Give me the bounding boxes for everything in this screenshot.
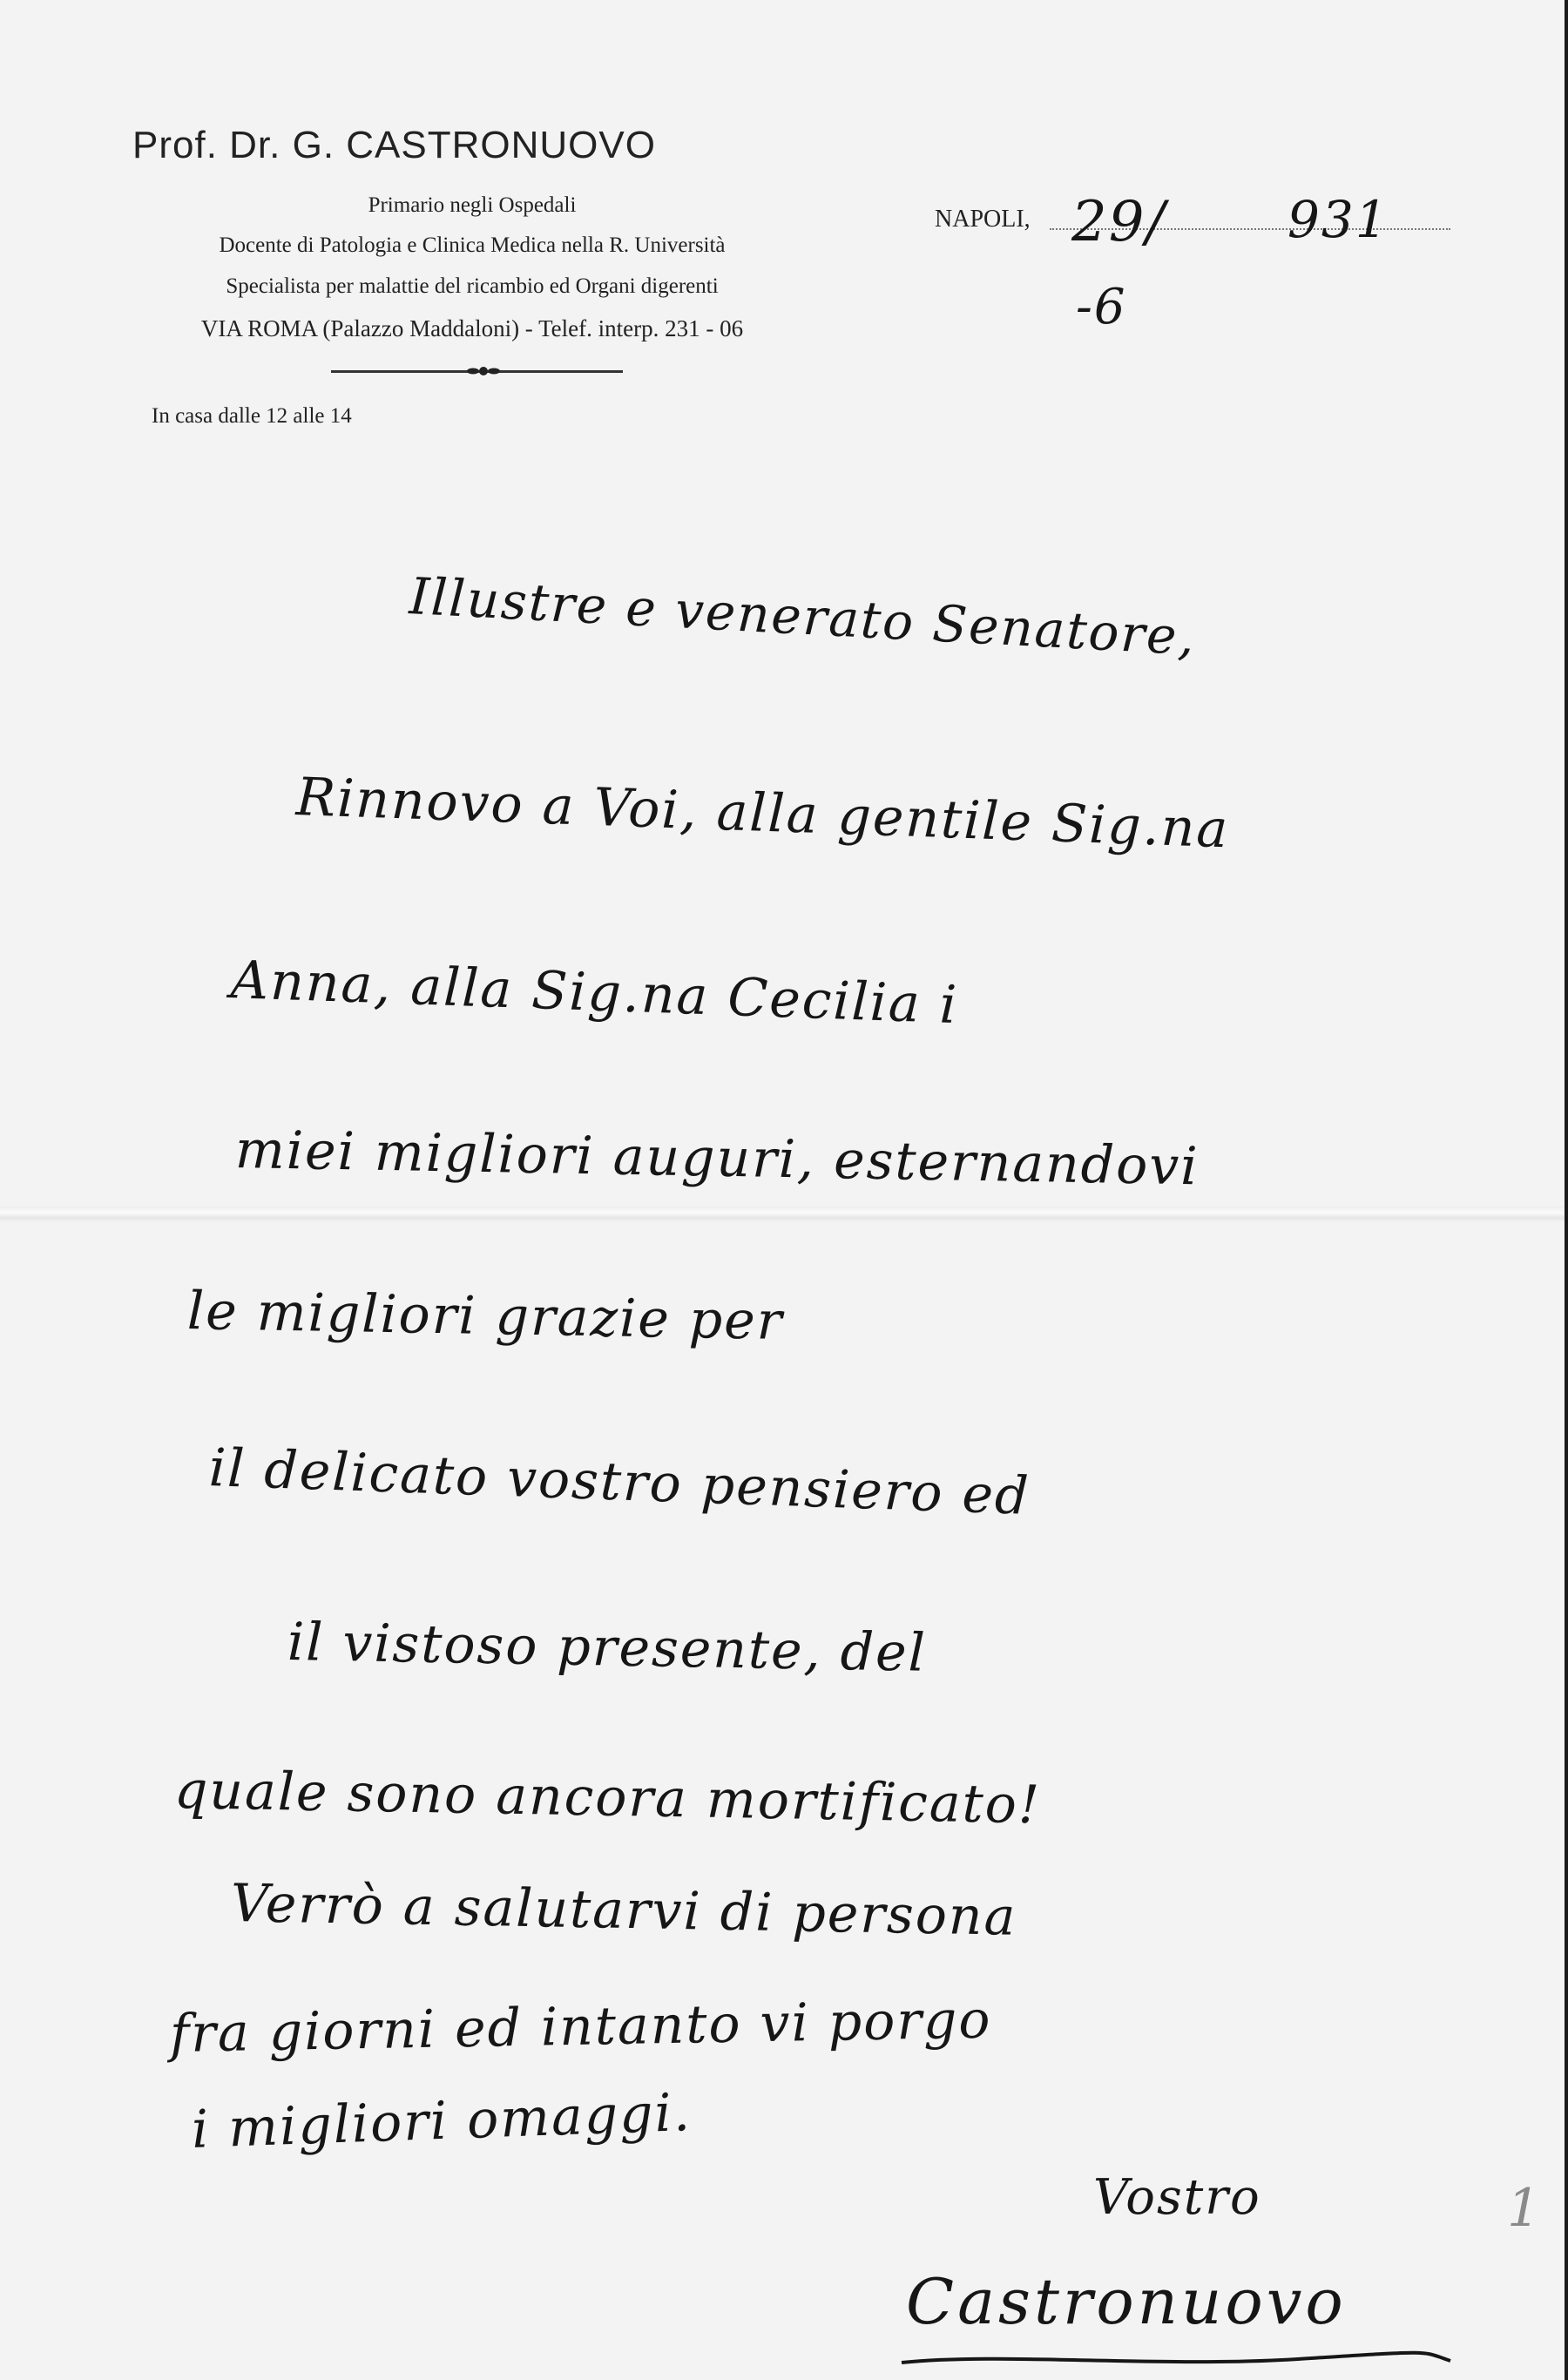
letter-body-line: il delicato vostro pensiero ed [208,1437,1031,1527]
letter-body-line: le migliori grazie per [186,1281,784,1352]
letterhead-name: Prof. Dr. G. CASTRONUOVO [132,124,656,167]
letter-closing: Vostro [1093,2169,1261,2226]
letterhead-line-position: Docente di Patologia e Clinica Medica ne… [115,233,829,258]
letter-salutation: Illustre e venerato Senatore, [408,566,1197,666]
dateline-year: 931 [1288,190,1389,249]
letter-body-line: Rinnovo a Voi, alla gentile Sig.na [295,767,1231,860]
dateline-month: -6 [1076,279,1127,335]
signature-flourish-icon [897,2343,1455,2370]
letter-body-line: fra giorni ed intanto vi porgo [169,1990,992,2065]
letter-page: Prof. Dr. G. CASTRONUOVO Primario negli … [0,0,1568,2380]
letter-body-line: il vistoso presente, del [287,1612,927,1684]
letter-body-line: Anna, alla Sig.na Cecilia i [230,950,959,1036]
letter-body-line: i migliori omaggi. [191,2082,693,2160]
letterhead-line-address: VIA ROMA (Palazzo Maddaloni) - Telef. in… [115,315,829,342]
divider-ornament-icon [466,365,501,377]
letterhead-office-hours: In casa dalle 12 alle 14 [152,404,352,429]
letterhead-line-title: Primario negli Ospedali [115,193,829,218]
letter-body-line: miei migliori auguri, esternandovi [234,1119,1200,1197]
letter-body-line: quale sono ancora mortificato! [173,1760,1041,1836]
dateline-day: 29/ [1071,190,1166,254]
letter-signature: Castronuovo [906,2265,1347,2338]
letterhead-line-specialty: Specialista per malattie del ricambio ed… [115,274,829,299]
paper-fold-line [0,1207,1565,1222]
letter-body-line: Verrò a salutarvi di persona [230,1873,1017,1948]
archival-page-number: 1 [1507,2178,1540,2239]
dateline-city: NAPOLI, [935,206,1031,233]
